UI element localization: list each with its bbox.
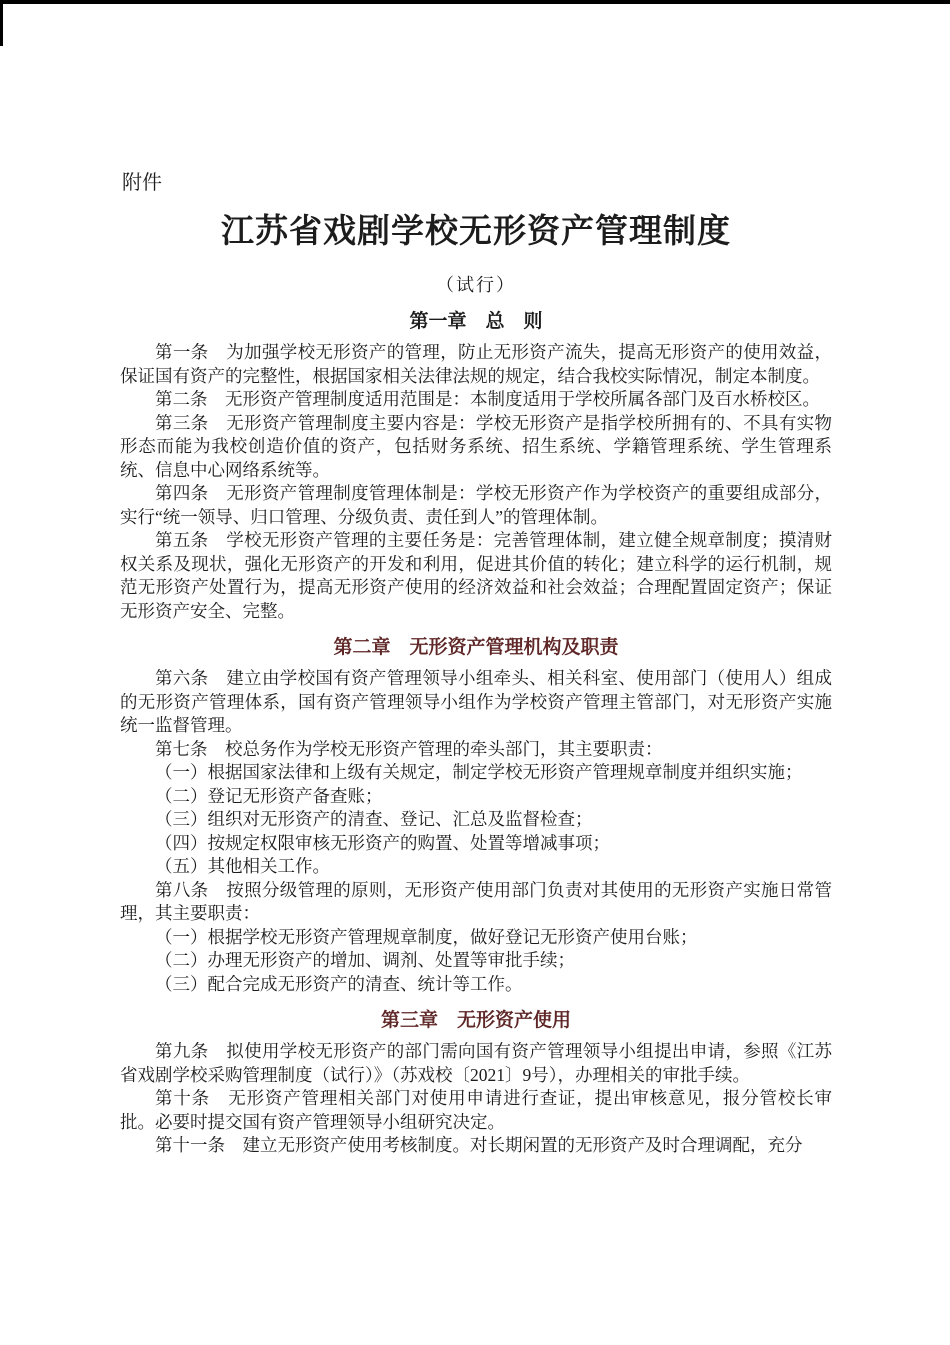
body-paragraph: （三）配合完成无形资产的清查、统计等工作。 — [120, 973, 832, 997]
document-body: 第一章 总 则第一条 为加强学校无形资产的管理，防止无形资产流失，提高无形资产的… — [120, 309, 832, 1158]
document-title: 江苏省戏剧学校无形资产管理制度 — [120, 210, 832, 254]
body-paragraph: 第八条 按照分级管理的原则，无形资产使用部门负责对其使用的无形资产实施日常管理，… — [120, 879, 832, 926]
body-paragraph: （四）按规定权限审核无形资产的购置、处置等增减事项； — [120, 832, 832, 856]
attachment-label: 附件 — [122, 170, 832, 196]
body-paragraph: 第三条 无形资产管理制度主要内容是：学校无形资产是指学校所拥有的、不具有实物形态… — [120, 412, 832, 483]
body-paragraph: 第十一条 建立无形资产使用考核制度。对长期闲置的无形资产及时合理调配，充分 — [120, 1134, 832, 1158]
chapter-heading: 第二章 无形资产管理机构及职责 — [120, 635, 832, 661]
body-paragraph: 第五条 学校无形资产管理的主要任务是：完善管理体制，建立健全规章制度；摸清财权关… — [120, 529, 832, 623]
chapter-heading: 第一章 总 则 — [120, 309, 832, 335]
body-paragraph: 第十条 无形资产管理相关部门对使用申请进行查证，提出审核意见，报分管校长审批。必… — [120, 1087, 832, 1134]
body-paragraph: 第一条 为加强学校无形资产的管理，防止无形资产流失，提高无形资产的使用效益，保证… — [120, 341, 832, 388]
chapter-heading: 第三章 无形资产使用 — [120, 1008, 832, 1034]
scan-edge-artifact-top — [0, 0, 950, 4]
body-paragraph: 第四条 无形资产管理制度管理体制是：学校无形资产作为学校资产的重要组成部分，实行… — [120, 482, 832, 529]
body-paragraph: （一）根据学校无形资产管理规章制度，做好登记无形资产使用台账； — [120, 926, 832, 950]
body-paragraph: （二）办理无形资产的增加、调剂、处置等审批手续； — [120, 949, 832, 973]
body-paragraph: （一）根据国家法律和上级有关规定，制定学校无形资产管理规章制度并组织实施； — [120, 761, 832, 785]
body-paragraph: 第二条 无形资产管理制度适用范围是：本制度适用于学校所属各部门及百水桥校区。 — [120, 388, 832, 412]
body-paragraph: （二）登记无形资产备查账； — [120, 785, 832, 809]
document-content: 附件 江苏省戏剧学校无形资产管理制度 （试行） 第一章 总 则第一条 为加强学校… — [120, 170, 832, 1158]
document-page: 附件 江苏省戏剧学校无形资产管理制度 （试行） 第一章 总 则第一条 为加强学校… — [0, 0, 950, 1345]
scan-edge-artifact-left — [0, 0, 3, 46]
body-paragraph: 第九条 拟使用学校无形资产的部门需向国有资产管理领导小组提出申请，参照《江苏省戏… — [120, 1040, 832, 1087]
body-paragraph: 第七条 校总务作为学校无形资产管理的牵头部门，其主要职责： — [120, 738, 832, 762]
body-paragraph: 第六条 建立由学校国有资产管理领导小组牵头、相关科室、使用部门（使用人）组成的无… — [120, 667, 832, 738]
body-paragraph: （五）其他相关工作。 — [120, 855, 832, 879]
body-paragraph: （三）组织对无形资产的清查、登记、汇总及监督检查； — [120, 808, 832, 832]
document-subtitle: （试行） — [120, 273, 832, 297]
